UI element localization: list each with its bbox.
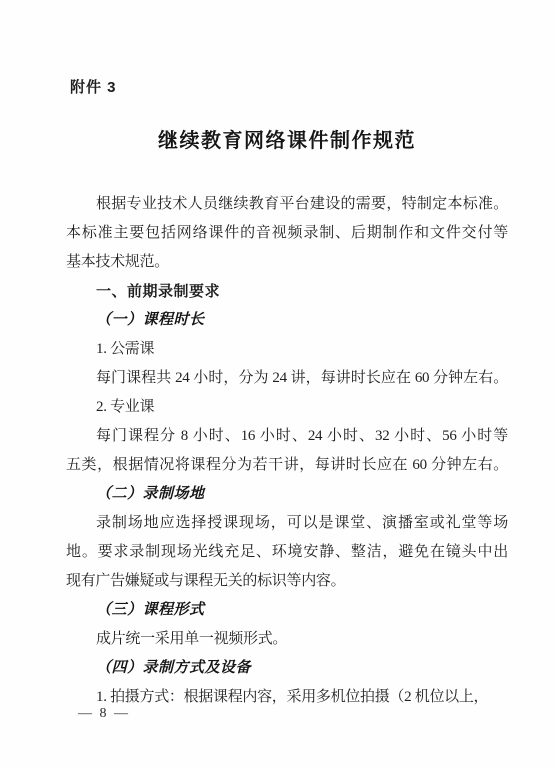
subsection-1-1-item-2-body-line-2: 五类，根据情况将课程分为若干讲，每讲时长应在 60 分钟左右。 bbox=[66, 451, 508, 480]
intro-line-3: 基本技术规范。 bbox=[66, 248, 508, 277]
intro-line-2: 本标准主要包括网络课件的音视频录制、后期制作和文件交付等 bbox=[66, 219, 508, 248]
subsection-1-2-body-line-2: 地。要求录制现场光线充足、环境安静、整洁，避免在镜头中出 bbox=[66, 538, 508, 567]
subsection-1-3-heading: （三）课程形式 bbox=[66, 596, 508, 625]
subsection-1-1-item-2-title: 2. 专业课 bbox=[66, 393, 508, 422]
subsection-1-1-item-1-body: 每门课程共 24 小时，分为 24 讲，每讲时长应在 60 分钟左右。 bbox=[66, 364, 508, 393]
subsection-1-2-heading: （二）录制场地 bbox=[66, 480, 508, 509]
subsection-1-2-body-line-3: 现有广告嫌疑或与课程无关的标识等内容。 bbox=[66, 567, 508, 596]
subsection-1-1-item-1-title: 1. 公需课 bbox=[66, 335, 508, 364]
document-title: 继续教育网络课件制作规范 bbox=[66, 126, 508, 156]
page-number: — 8 — bbox=[78, 706, 130, 722]
annex-label: 附件 3 bbox=[66, 78, 508, 98]
subsection-1-3-body-line-1: 成片统一采用单一视频形式。 bbox=[66, 625, 508, 654]
subsection-1-2-body-line-1: 录制场地应选择授课现场，可以是课堂、演播室或礼堂等场 bbox=[66, 509, 508, 538]
document-page: 附件 3 继续教育网络课件制作规范 根据专业技术人员继续教育平台建设的需要，特制… bbox=[0, 0, 554, 767]
subsection-1-1-item-2-body-line-1: 每门课程分 8 小时、16 小时、24 小时、32 小时、56 小时等 bbox=[66, 422, 508, 451]
subsection-1-1-heading: （一）课程时长 bbox=[66, 306, 508, 335]
subsection-1-4-heading: （四）录制方式及设备 bbox=[66, 654, 508, 683]
document-body: 根据专业技术人员继续教育平台建设的需要，特制定本标准。 本标准主要包括网络课件的… bbox=[66, 190, 508, 712]
subsection-1-4-item-1-line-1: 1. 拍摄方式：根据课程内容，采用多机位拍摄（2 机位以上， bbox=[66, 683, 508, 712]
section-1-heading: 一、前期录制要求 bbox=[66, 277, 508, 306]
intro-line-1: 根据专业技术人员继续教育平台建设的需要，特制定本标准。 bbox=[66, 190, 508, 219]
